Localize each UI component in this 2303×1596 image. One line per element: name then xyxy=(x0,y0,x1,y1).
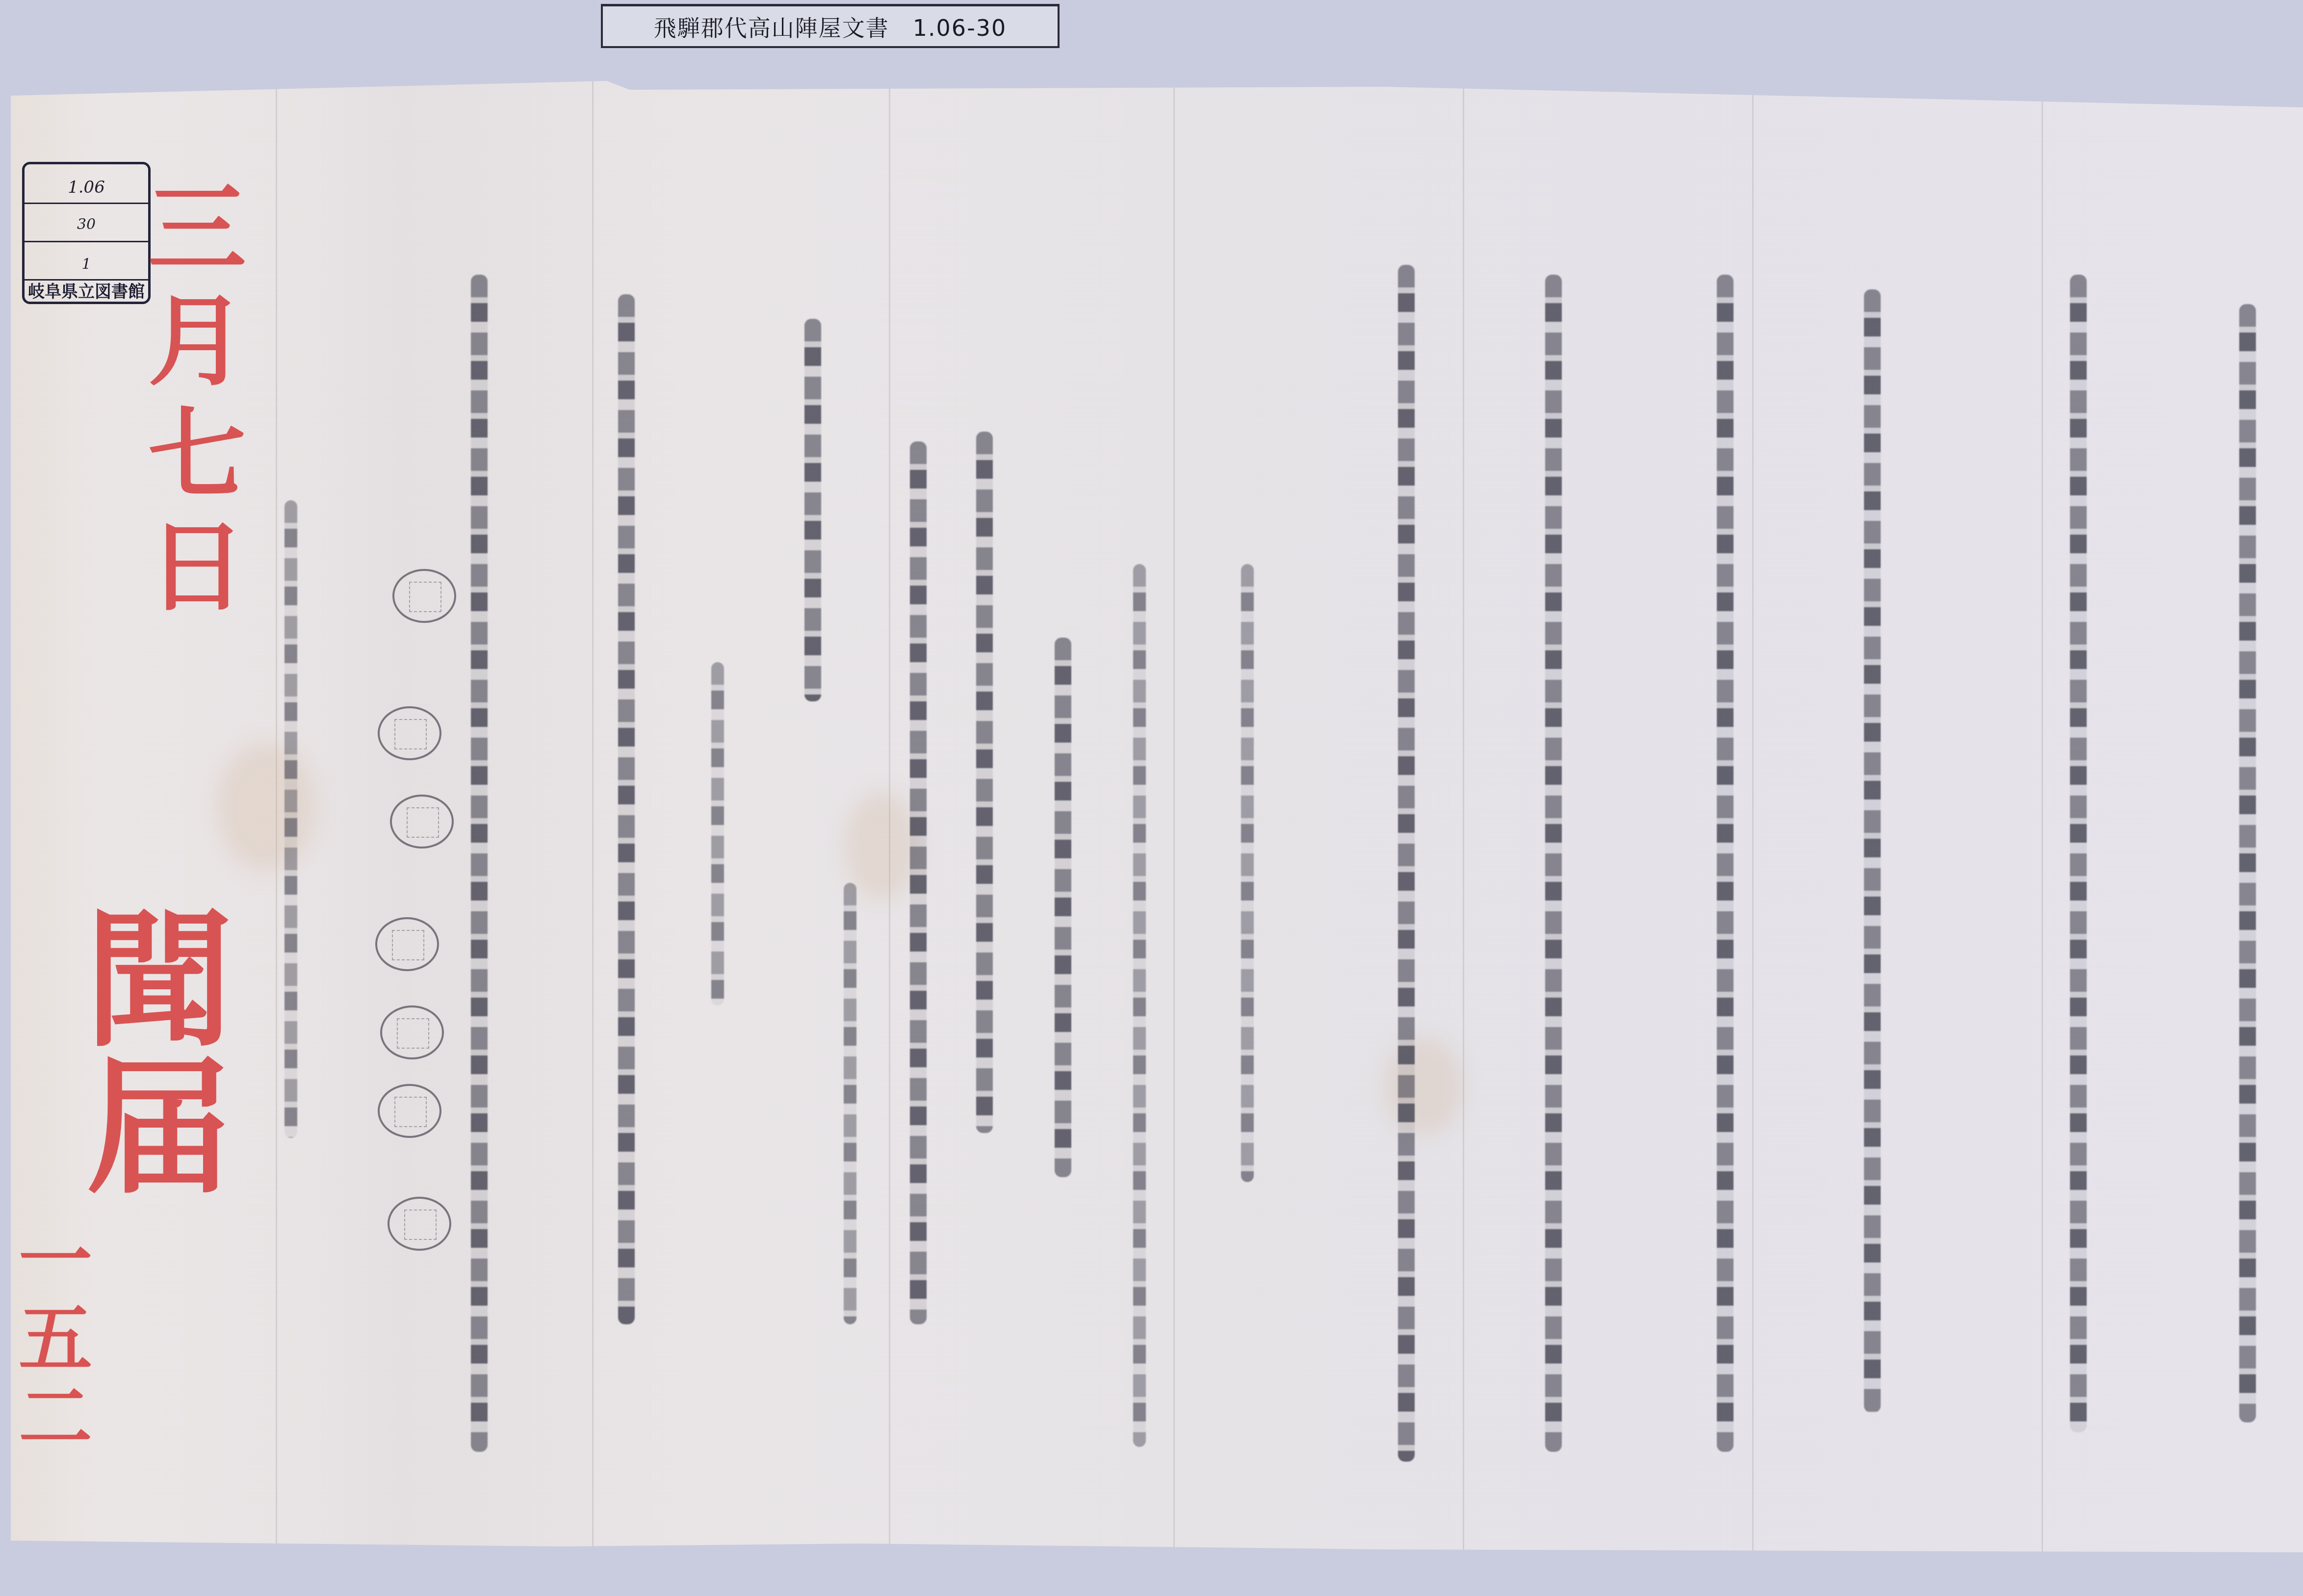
archive-label-text: 飛騨郡代高山陣屋文書 1.06-30 xyxy=(654,10,1007,43)
archive-label: 飛騨郡代高山陣屋文書 1.06-30 xyxy=(601,4,1060,48)
red-received-annotation: 聞届 xyxy=(74,902,221,1197)
handwritten-column xyxy=(976,432,993,1133)
handwritten-column xyxy=(844,883,856,1324)
seal-stamp xyxy=(388,1197,451,1251)
paper-stain xyxy=(217,743,315,871)
seal-stamp xyxy=(378,1084,441,1138)
fold-line xyxy=(1463,81,1464,1552)
seal-stamp xyxy=(390,795,454,849)
handwritten-column xyxy=(1717,275,1734,1452)
seal-stamp xyxy=(392,569,456,623)
handwritten-column xyxy=(1055,638,1071,1177)
handwritten-column xyxy=(618,294,635,1324)
red-number-annotation: 一五二 xyxy=(12,1221,86,1457)
handwritten-column xyxy=(910,441,927,1324)
handwritten-column xyxy=(471,275,488,1452)
handwritten-column xyxy=(804,319,821,701)
catalog-row-item: 1 xyxy=(25,241,148,281)
fold-line xyxy=(1752,81,1754,1552)
handwritten-column xyxy=(1545,275,1562,1452)
catalog-institution: 岐阜県立図書館 xyxy=(25,280,148,304)
red-date-annotation: 三月七日 xyxy=(140,177,238,628)
handwritten-column xyxy=(711,662,724,1005)
fold-line xyxy=(592,81,594,1552)
fold-line xyxy=(2042,81,2043,1552)
handwritten-column xyxy=(2070,275,2087,1432)
seal-stamp xyxy=(380,1005,444,1059)
catalog-row-series: 1.06 xyxy=(25,164,148,204)
catalog-row-number: 30 xyxy=(25,203,148,242)
handwritten-column xyxy=(1398,265,1415,1462)
handwritten-column xyxy=(1241,564,1254,1182)
handwritten-column xyxy=(2239,304,2256,1422)
handwritten-column xyxy=(285,500,297,1138)
handwritten-column xyxy=(1133,564,1146,1447)
fold-line xyxy=(1173,81,1175,1552)
paper-stain xyxy=(1384,1037,1463,1135)
seal-stamp xyxy=(375,917,439,971)
document-paper xyxy=(11,81,2303,1552)
handwritten-column xyxy=(1864,289,1881,1413)
paper-stain xyxy=(845,792,918,900)
seal-stamp xyxy=(378,706,441,760)
